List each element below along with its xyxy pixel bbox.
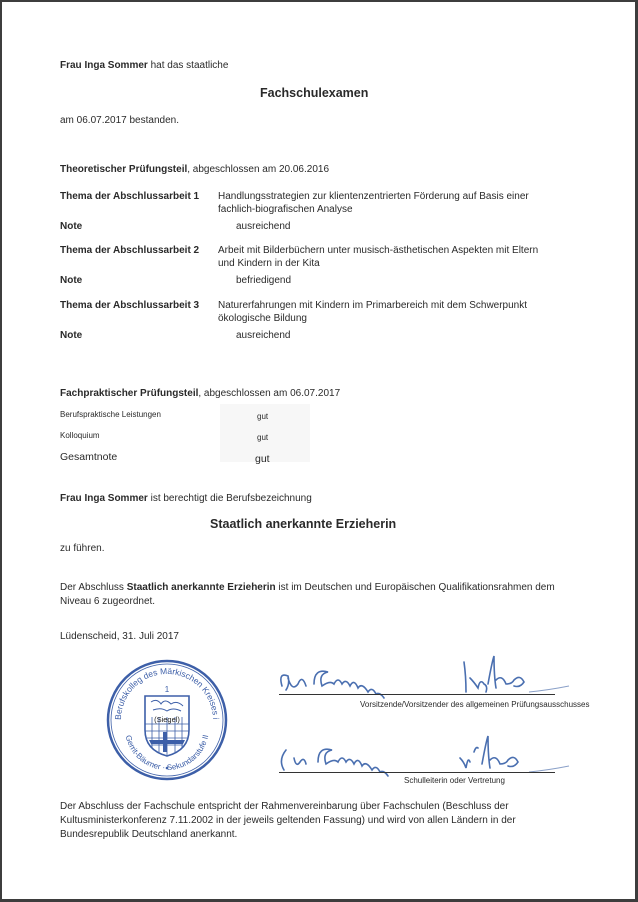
thesis-topic: ökologische Bildung	[218, 313, 307, 325]
grade-value: ausreichend	[236, 221, 290, 233]
practice-label: Gesamtnote	[60, 451, 117, 463]
grade-label: Note	[60, 221, 82, 233]
grade-value: ausreichend	[236, 330, 290, 342]
grade-label: Note	[60, 330, 82, 342]
to-use-line: zu führen.	[60, 543, 104, 555]
exam-title: Fachschulexamen	[260, 87, 368, 99]
footer-line: Bundesrepublik Deutschland anerkannt.	[60, 829, 237, 841]
practice-label: Berufspraktische Leistungen	[60, 409, 161, 421]
intro-line: Frau Inga Sommer hat das staatliche	[60, 60, 228, 72]
footer-line: Der Abschluss der Fachschule entspricht …	[60, 801, 509, 813]
signature-caption: Vorsitzende/Vorsitzender des allgemeinen…	[360, 699, 589, 711]
practice-label: Kolloquium	[60, 430, 100, 442]
signature-line	[279, 772, 555, 773]
theory-heading: Theoretischer Prüfungsteil, abgeschlosse…	[60, 164, 329, 176]
thesis-label: Thema der Abschlussarbeit 1	[60, 191, 199, 203]
svg-text:(Siegel): (Siegel)	[154, 715, 180, 724]
place-date: Lüdenscheid, 31. Juli 2017	[60, 631, 179, 643]
thesis-topic: fachlich-biografischen Analyse	[218, 204, 353, 216]
signature-line	[279, 694, 555, 695]
thesis-topic: Arbeit mit Bilderbüchern unter musisch-ä…	[218, 245, 538, 257]
signature-chair	[274, 654, 574, 704]
practice-grade: gut	[257, 432, 268, 444]
footer-line: Kultusministerkonferenz 7.11.2002 in der…	[60, 815, 516, 827]
entitled-line: Frau Inga Sommer ist berechtigt die Beru…	[60, 493, 312, 505]
svg-text:Berufskolleg des Märkischen Kr: Berufskolleg des Märkischen Kreises in L…	[105, 658, 221, 720]
svg-text:1: 1	[165, 685, 170, 694]
practice-grade: gut	[255, 453, 270, 465]
thesis-label: Thema der Abschlussarbeit 3	[60, 300, 199, 312]
signature-caption: Schulleiterin oder Vertretung	[404, 775, 505, 787]
thesis-topic: Handlungsstrategien zur klientenzentrier…	[218, 191, 529, 203]
practice-grade: gut	[257, 411, 268, 423]
official-seal-stamp: Berufskolleg des Märkischen Kreises in L…	[105, 658, 229, 782]
grade-value: befriedigend	[236, 275, 291, 287]
dqr-line: Der Abschluss Staatlich anerkannte Erzie…	[60, 582, 555, 594]
grade-label: Note	[60, 275, 82, 287]
thesis-topic: und Kindern in der Kita	[218, 258, 320, 270]
title-awarded: Staatlich anerkannte Erzieherin	[210, 518, 396, 530]
thesis-label: Thema der Abschlussarbeit 2	[60, 245, 199, 257]
thesis-topic: Naturerfahrungen mit Kindern im Primarbe…	[218, 300, 527, 312]
passed-line: am 06.07.2017 bestanden.	[60, 115, 179, 127]
dqr-line2: Niveau 6 zugeordnet.	[60, 596, 155, 608]
practice-heading: Fachpraktischer Prüfungsteil, abgeschlos…	[60, 388, 340, 400]
certificate-page: Frau Inga Sommer hat das staatliche Fach…	[2, 2, 635, 899]
